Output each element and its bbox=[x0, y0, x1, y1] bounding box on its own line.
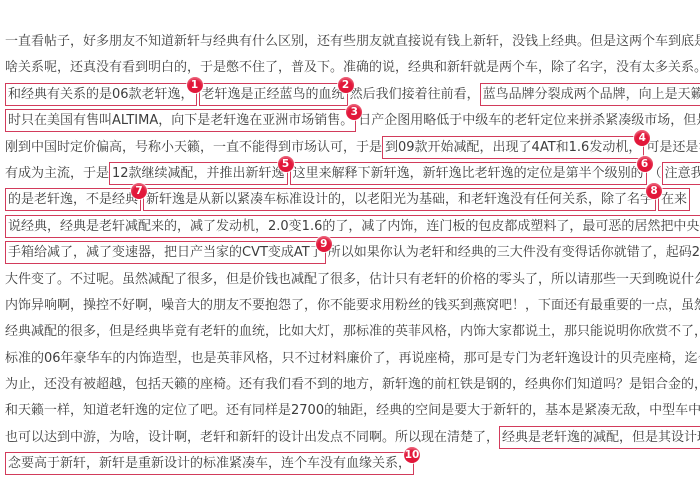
text-line: 一直看帖子，好多朋友不知道新轩与经典有什么区别，还有些朋友就直接说有钱上新轩，没… bbox=[5, 29, 700, 55]
article-body: 一直看帖子，好多朋友不知道新轩与经典有什么区别，还有些朋友就直接说有钱上新轩，没… bbox=[0, 0, 700, 478]
text-line: 啥关系呢，还真没有看到明白的，于是憋不住了，普及下。准确的说，经典和新轩就是两个… bbox=[5, 55, 700, 81]
text-line: 和天籁一样，知道老轩逸的定位了吧。还有同样是2700的轴距，经典的空间是要大于新… bbox=[5, 398, 700, 424]
plain-text-segment: 啥关系呢，还真没有看到明白的，于是憋不住了，普及下。准确的说，经典和新轩就是两个… bbox=[5, 60, 700, 75]
text-line: 经典减配的很多，但是经典毕竟有老轩的血统，比如大灯，那标准的英菲风格，内饰大家都… bbox=[5, 319, 700, 345]
annotation-badge-7: 7 bbox=[131, 183, 147, 199]
highlighted-text-segment: 这里来解释下新轩逸，新轩逸比老轩逸的定位是第半个级别的 bbox=[290, 162, 647, 185]
plain-text-segment: 内饰异响啊，操控不好啊，噪音大的朋友不要抱怨了，你不能要求用粉丝的钱买到燕窝吧！… bbox=[5, 298, 700, 313]
plain-text-segment: 可是还是没 bbox=[646, 140, 700, 155]
highlighted-text-segment: 到09款开始减配，出现了4AT和1.6发动机， bbox=[382, 136, 644, 159]
highlighted-text-segment: 时只在美国有售叫ALTIMA，向下是老轩逸在亚洲市场销售。 bbox=[5, 109, 356, 132]
text-line: 刚到中国时定价偏高，号称小天籁，一直不能得到市场认可，于是到09款开始减配，出现… bbox=[5, 135, 700, 161]
highlighted-text-segment: 说经典，经典是老轩减配来的，减了发动机，2.0变1.6的了，减了内饰，连门板的包… bbox=[5, 215, 700, 238]
text-line: 也可以达到中游，为啥，设计啊，老轩和新轩的设计出发点不同啊。所以现在清楚了，经典… bbox=[5, 425, 700, 451]
annotation-badge-1: 1 bbox=[187, 77, 203, 93]
text-line: 内饰异响啊，操控不好啊，噪音大的朋友不要抱怨了，你不能要求用粉丝的钱买到燕窝吧！… bbox=[5, 293, 700, 319]
highlighted-text-segment: 12款继续减配，并推出新轩逸 bbox=[109, 162, 288, 185]
annotation-badge-6: 6 bbox=[637, 156, 653, 172]
annotation-badge-2: 2 bbox=[338, 77, 354, 93]
annotation-badge-9: 9 bbox=[316, 236, 332, 252]
plain-text-segment: 经典减配的很多，但是经典毕竟有老轩的血统，比如大灯，那标准的英菲风格，内饰大家都… bbox=[5, 324, 700, 339]
plain-text-segment: 有成为主流，于是 bbox=[5, 166, 109, 181]
plain-text-segment: 日产企图用略低于中级车的老轩定位来拼杀紧凑级市场，但是 bbox=[358, 113, 700, 128]
plain-text-segment: 大件变了。不过呢。虽然减配了很多，但是价钱也减配了很多，估计只有老轩的价格的零头… bbox=[5, 272, 700, 287]
plain-text-segment: 然后我们接着往前看， bbox=[350, 87, 480, 102]
text-line: 为止，还没有被超越，包括天籁的座椅。还有我们看不到的地方，新轩逸的前杠铁是钢的，… bbox=[5, 372, 700, 398]
highlighted-text-segment: 经典是老轩逸的减配，但是其设计理 bbox=[499, 426, 700, 449]
text-line: 念要高于新轩，新轩是重新设计的标准紧凑车，连个车没有血缘关系，10 bbox=[5, 451, 700, 477]
highlighted-text-segment: 和经典有关系的是06款老轩逸， bbox=[5, 83, 197, 106]
plain-text-segment: 标准的06年豪华车的内饰造型，也是英菲风格，只不过材料廉价了，再说座椅，那可是专… bbox=[5, 351, 700, 366]
text-line: 的是老轩逸，不是经典7新轩逸是从新以紧凑车标准设计的，以老阳光为基础，和老轩逸没… bbox=[5, 187, 700, 213]
text-line: 标准的06年豪华车的内饰造型，也是英菲风格，只不过材料廉价了，再说座椅，那可是专… bbox=[5, 346, 700, 372]
highlighted-text-segment: 新轩逸是从新以紧凑车标准设计的，以老阳光为基础，和老轩逸没有任何关系，除了名字 bbox=[143, 188, 656, 211]
text-line: 有成为主流，于是12款继续减配，并推出新轩逸5这里来解释下新轩逸，新轩逸比老轩逸… bbox=[5, 161, 700, 187]
annotation-badge-10: 10 bbox=[404, 447, 420, 463]
highlighted-text-segment: 老轩逸是正经蓝鸟的血统 bbox=[199, 83, 348, 106]
plain-text-segment: 所以如果你认为老轩和经典的三大件没有变得话你就错了，起码2 bbox=[328, 245, 700, 260]
annotated-forum-post: 一直看帖子，好多朋友不知道新轩与经典有什么区别，还有些朋友就直接说有钱上新轩，没… bbox=[0, 0, 700, 489]
annotation-badge-5: 5 bbox=[278, 156, 294, 172]
highlighted-text-segment: 在来 bbox=[658, 188, 690, 211]
text-line: 说经典，经典是老轩减配来的，减了发动机，2.0变1.6的了，减了内饰，连门板的包… bbox=[5, 214, 700, 240]
plain-text-segment: 也可以达到中游，为啥，设计啊，老轩和新轩的设计出发点不同啊。所以现在清楚了， bbox=[5, 430, 499, 445]
annotation-badge-3: 3 bbox=[346, 104, 362, 120]
annotation-badge-8: 8 bbox=[646, 183, 662, 199]
plain-text-segment: 为止，还没有被超越，包括天籁的座椅。还有我们看不到的地方，新轩逸的前杠铁是钢的，… bbox=[5, 377, 700, 392]
highlighted-text-segment: 念要高于新轩，新轩是重新设计的标准紧凑车，连个车没有血缘关系， bbox=[5, 452, 414, 475]
text-line: 时只在美国有售叫ALTIMA，向下是老轩逸在亚洲市场销售。3日产企图用略低于中级… bbox=[5, 108, 700, 134]
highlighted-text-segment: 蓝鸟品牌分裂成两个品牌，向上是天籁当 bbox=[480, 83, 700, 106]
highlighted-text-segment: 手箱给减了，减了变速器，把日产当家的CVT变成AT了 bbox=[5, 241, 326, 264]
highlighted-text-segment: 注意我说 bbox=[662, 162, 700, 185]
plain-text-segment: 刚到中国时定价偏高，号称小天籁，一直不能得到市场认可，于是 bbox=[5, 140, 382, 155]
plain-text-segment: 一直看帖子，好多朋友不知道新轩与经典有什么区别，还有些朋友就直接说有钱上新轩，没… bbox=[5, 34, 700, 49]
text-line: 大件变了。不过呢。虽然减配了很多，但是价钱也减配了很多，估计只有老轩的价格的零头… bbox=[5, 267, 700, 293]
text-line: 手箱给减了，减了变速器，把日产当家的CVT变成AT了9所以如果你认为老轩和经典的… bbox=[5, 240, 700, 266]
plain-text-segment: 和天籁一样，知道老轩逸的定位了吧。还有同样是2700的轴距，经典的空间是要大于新… bbox=[5, 403, 700, 418]
highlighted-text-segment: 的是老轩逸，不是经典 bbox=[5, 188, 141, 211]
